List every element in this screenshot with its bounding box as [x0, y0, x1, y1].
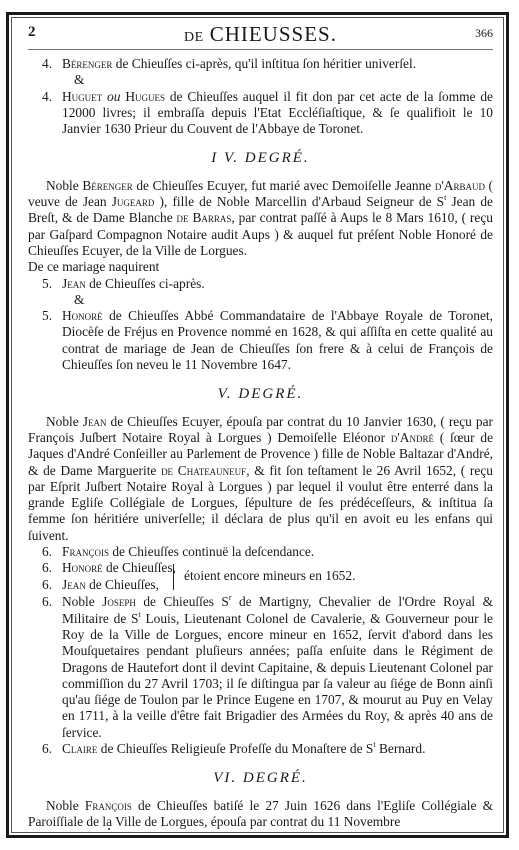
- ampersand: &: [28, 72, 493, 88]
- section-heading-degree-5: V. DEGRÉ.: [28, 386, 493, 402]
- person-name: Huguet: [62, 89, 102, 104]
- text-span: François: [62, 544, 109, 559]
- header-rule: [28, 49, 493, 50]
- genealogy-entry: 5.Jean de Chieuſſes ci-après.: [28, 276, 493, 292]
- section-heading-degree-4: I V. DEGRÉ.: [28, 150, 493, 166]
- text-span: Jugeard: [112, 194, 155, 209]
- text-span: 4.: [42, 89, 62, 105]
- text-span: François: [85, 798, 132, 813]
- text-span: de Barras: [177, 210, 232, 225]
- text-span: Louis, Lieutenant Colonel de Cavalerie, …: [62, 611, 493, 740]
- paragraph-line: De ce mariage naquirent: [28, 259, 493, 275]
- text-span: Bernard.: [376, 741, 426, 756]
- page-title: DECHIEUSSES.: [28, 22, 493, 47]
- running-header: 2 DECHIEUSSES. 366: [28, 22, 493, 52]
- person-name: Bérenger: [62, 56, 112, 71]
- text-span: ou: [102, 89, 125, 104]
- bracket-note: étoient encore mineurs en 1652.: [184, 568, 355, 584]
- text-span: Bérenger: [82, 178, 132, 193]
- title-text: CHIEUSSES.: [210, 22, 337, 46]
- brace-icon: [173, 564, 176, 590]
- text-span: 6.: [42, 741, 62, 757]
- text-span: Jean: [62, 276, 86, 291]
- text-span: ), fille de Noble Marcellin d'Arbaud Sei…: [154, 194, 444, 209]
- ink-speck: [108, 828, 110, 830]
- genealogy-entry: 4.Bérenger de Chieuſſes ci-après, qu'il …: [28, 56, 493, 72]
- paragraph: Noble Bérenger de Chieuſſes Ecuyer, fut …: [28, 178, 493, 259]
- paragraph: Noble François de Chieuſſes batiſé le 27…: [28, 798, 493, 831]
- text-span: 6.: [42, 544, 62, 560]
- text-span: Noble: [46, 414, 83, 429]
- text-span: Noble: [62, 594, 102, 609]
- title-prefix: DE: [184, 30, 204, 45]
- text-span: Claire: [62, 741, 97, 756]
- text-span: 4.: [42, 56, 62, 72]
- text-span: de Chieuſſes,: [103, 560, 176, 575]
- genealogy-entry: 6.Honoré de Chieuſſes,: [42, 560, 176, 576]
- paragraph: Noble Jean de Chieuſſes Ecuyer, épouſa p…: [28, 414, 493, 544]
- text-span: de Chieuſſes ci-après, qu'il inſtitua ſo…: [112, 56, 416, 71]
- text-span: d'André: [391, 430, 434, 445]
- text-span: Noble: [46, 178, 82, 193]
- text-span: de Chieuſſes Ecuyer, fut marié avec Demo…: [133, 178, 435, 193]
- text-span: 5.: [42, 308, 62, 324]
- text-span: Honoré: [62, 560, 103, 575]
- text-span: de Chieuſſes continuë la deſcendance.: [109, 544, 314, 559]
- genealogy-entry: 6.Noble Joseph de Chieuſſes Sr de Martig…: [28, 594, 493, 741]
- genealogy-entry: 6.Jean de Chieuſſes,: [42, 577, 176, 593]
- person-name: Hugues: [125, 89, 165, 104]
- text-span: de Chieuſſes Abbé Commandataire de l'Abb…: [62, 308, 493, 372]
- text-span: 5.: [42, 276, 62, 292]
- section-heading-degree-6: VI. DEGRÉ.: [28, 770, 493, 786]
- text-span: Jean: [83, 414, 107, 429]
- text-span: 6.: [42, 560, 62, 576]
- text-span: Honoré: [62, 308, 103, 323]
- text-span: Noble: [46, 798, 85, 813]
- text-span: 6.: [42, 577, 62, 593]
- genealogy-entry: 6.François de Chieuſſes continuë la deſc…: [28, 544, 493, 560]
- genealogy-entry: 4.Huguet ou Hugues de Chieuſſes auquel i…: [28, 89, 493, 138]
- text-span: de Chieuſſes S: [136, 594, 229, 609]
- genealogy-entry: 6.Claire de Chieuſſes Religieuſe Profeſſ…: [28, 741, 493, 757]
- text-span: de Chieuſſes,: [86, 577, 159, 592]
- page-body: 4.Bérenger de Chieuſſes ci-après, qu'il …: [28, 56, 493, 830]
- text-span: Joseph: [102, 594, 136, 609]
- text-span: de Chieuſſes Religieuſe Profeſſe du Mona…: [97, 741, 373, 756]
- text-span: d'Arbaud: [435, 178, 485, 193]
- bracketed-entries: 6.Honoré de Chieuſſes, 6.Jean de Chieuſſ…: [28, 560, 493, 594]
- ampersand: &: [28, 292, 493, 308]
- text-span: de Chieuſſes ci-après.: [86, 276, 205, 291]
- text-span: 6.: [42, 594, 62, 610]
- genealogy-entry: 5.Honoré de Chieuſſes Abbé Commandataire…: [28, 308, 493, 373]
- text-span: Jean: [62, 577, 86, 592]
- text-span: de Chateauneuf: [161, 463, 246, 478]
- page-number-right: 366: [475, 26, 493, 41]
